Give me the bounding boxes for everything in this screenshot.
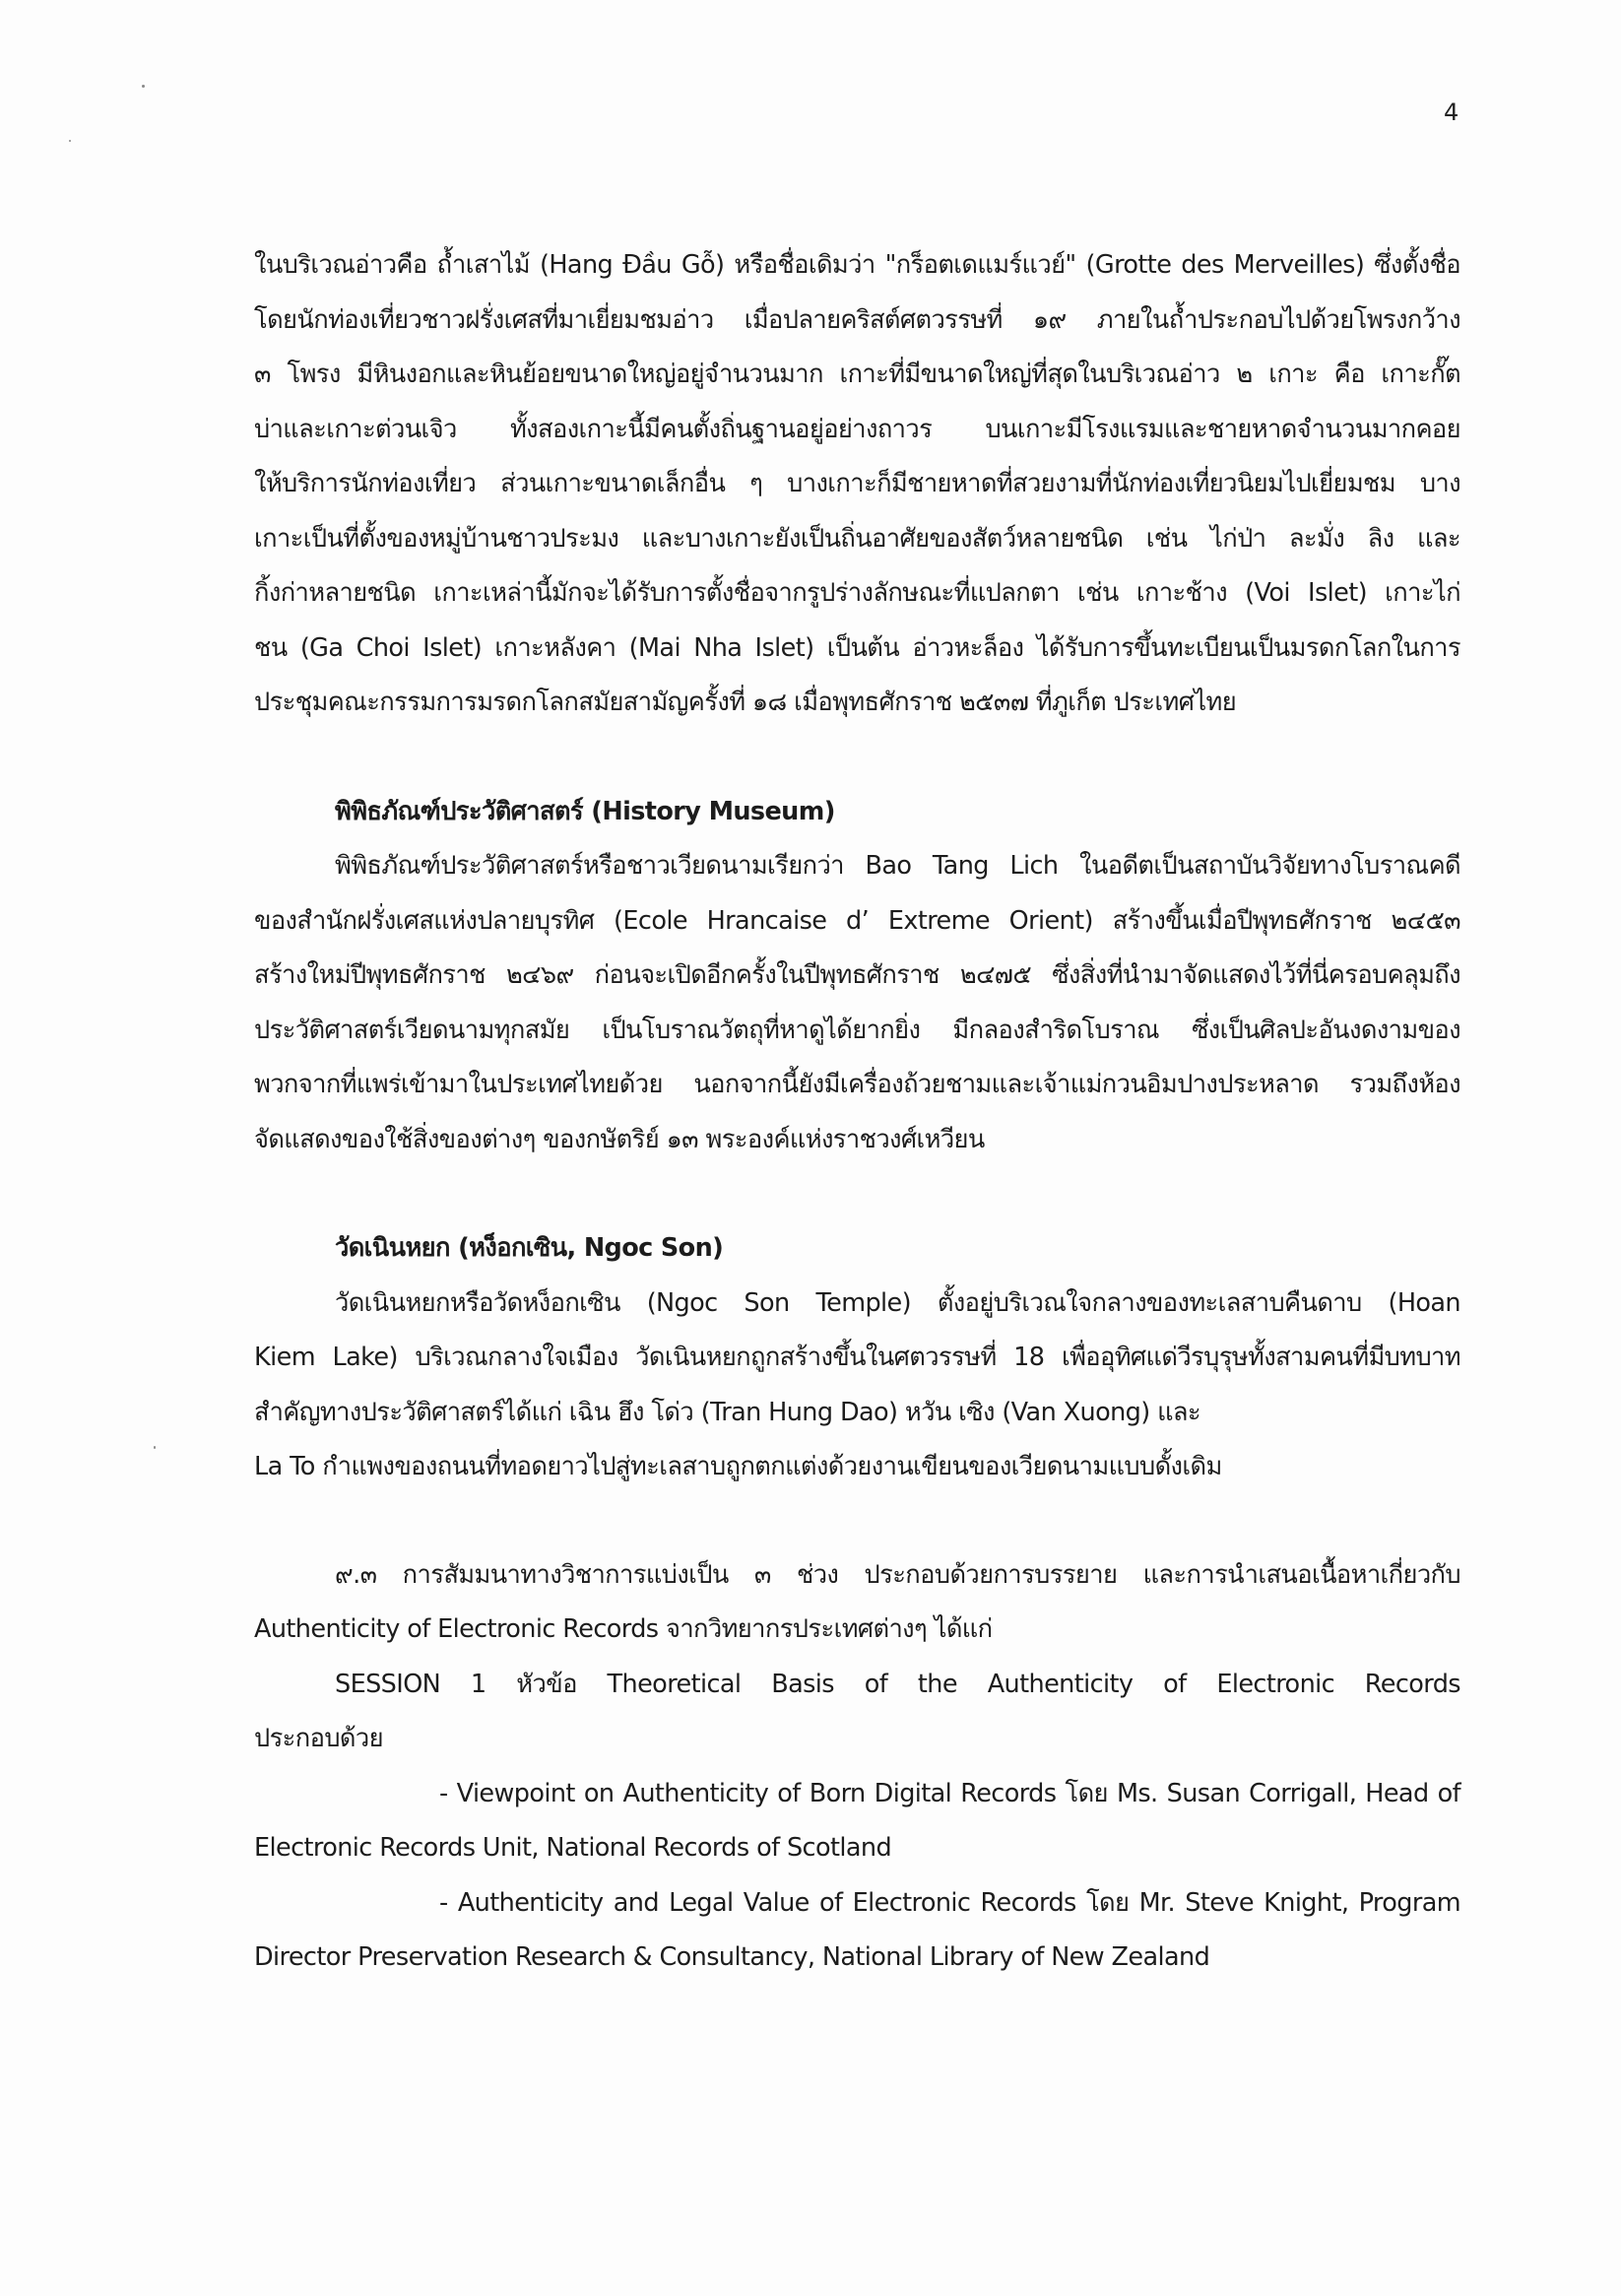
list-item: - Viewpoint on Authenticity of Born Digi…: [254, 1775, 1460, 1830]
text-line: พวกจากที่แพร่เข้ามาในประเทศไทยด้วย นอกจา…: [254, 1066, 1460, 1121]
text-line: Kiem Lake) บริเวณกลางใจเมือง วัดเนินหยกถ…: [254, 1339, 1460, 1394]
text-line: จัดแสดงของใช้สิ่งของต่างๆ ของกษัตริย์ ๑๓…: [254, 1121, 1460, 1176]
paragraph-ha-long-bay: ในบริเวณอ่าวคือ ถ้ำเสาไม้ (Hang Đầu Gỗ) …: [254, 246, 1460, 739]
text-line: Director Preservation Research & Consult…: [254, 1938, 1460, 1994]
text-line: ประชุมคณะกรรมการมรดกโลกสมัยสามัญครั้งที่…: [254, 684, 1460, 739]
paragraph-gap: [254, 1175, 1460, 1229]
text-line: ๓ โพรง มีหินงอกและหินย้อยขนาดใหญ่อยู่จำน…: [254, 356, 1460, 411]
text-line: ๙.๓ การสัมมนาทางวิชาการแบ่งเป็น ๓ ช่วง ป…: [254, 1556, 1460, 1611]
page-number: 4: [1444, 98, 1459, 126]
text-line: วัดเนินหยกหรือวัดหง็อกเซิน (Ngoc Son Tem…: [254, 1284, 1460, 1340]
text-line: La To กำแพงของถนนที่ทอดยาวไปสู่ทะเลสาบถู…: [254, 1448, 1460, 1503]
scan-speck: [154, 1446, 156, 1449]
scan-speck: [69, 140, 71, 142]
section-ngoc-son-temple: วัดเนินหยก (หง็อกเซิน, Ngoc Son) วัดเนิน…: [254, 1229, 1460, 1503]
text-line: ของสำนักฝรั่งเศสแห่งปลายบุรทิศ (Ecole Hr…: [254, 902, 1460, 957]
text-line: ประกอบด้วย: [254, 1720, 1460, 1775]
text-line: สำคัญทางประวัติศาสตร์ได้แก่ เฉิน ฮึง โด่…: [254, 1394, 1460, 1449]
text-line: ชน (Ga Choi Islet) เกาะหลังคา (Mai Nha I…: [254, 629, 1460, 685]
session-title: SESSION 1 หัวข้อ Theoretical Basis of th…: [254, 1666, 1460, 1721]
paragraph-gap: [254, 739, 1460, 793]
section-history-museum: พิพิธภัณฑ์ประวัติศาสตร์ (History Museum)…: [254, 793, 1460, 1176]
document-body: ในบริเวณอ่าวคือ ถ้ำเสาไม้ (Hang Đầu Gỗ) …: [254, 246, 1460, 1994]
text-line: พิพิธภัณฑ์ประวัติศาสตร์หรือชาวเวียดนามเร…: [254, 847, 1460, 902]
paragraph-gap: [254, 1503, 1460, 1556]
text-line: สร้างใหม่ปีพุทธศักราช ๒๔๖๙ ก่อนจะเปิดอีก…: [254, 956, 1460, 1012]
section-seminar: ๙.๓ การสัมมนาทางวิชาการแบ่งเป็น ๓ ช่วง ป…: [254, 1556, 1460, 1994]
text-line: ให้บริการนักท่องเที่ยว ส่วนเกาะขนาดเล็กอ…: [254, 465, 1460, 520]
text-line: เกาะเป็นที่ตั้งของหมู่บ้านชาวประมง และบา…: [254, 520, 1460, 575]
text-line: ประวัติศาสตร์เวียดนามทุกสมัย เป็นโบราณวั…: [254, 1012, 1460, 1067]
scan-speck: [142, 85, 145, 88]
text-line: Authenticity of Electronic Records จากวิ…: [254, 1610, 1460, 1666]
text-line: กิ้งก่าหลายชนิด เกาะเหล่านี้มักจะได้รับก…: [254, 574, 1460, 629]
text-line: บ่าและเกาะต่วนเจิว ทั้งสองเกาะนี้มีคนตั้…: [254, 411, 1460, 466]
section-heading: พิพิธภัณฑ์ประวัติศาสตร์ (History Museum): [254, 793, 1460, 848]
text-line: Electronic Records Unit, National Record…: [254, 1829, 1460, 1884]
text-line: โดยนักท่องเที่ยวชาวฝรั่งเศสที่มาเยี่ยมชม…: [254, 301, 1460, 357]
section-heading: วัดเนินหยก (หง็อกเซิน, Ngoc Son): [254, 1229, 1460, 1284]
text-line: ในบริเวณอ่าวคือ ถ้ำเสาไม้ (Hang Đầu Gỗ) …: [254, 246, 1460, 301]
list-item: - Authenticity and Legal Value of Electr…: [254, 1884, 1460, 1939]
